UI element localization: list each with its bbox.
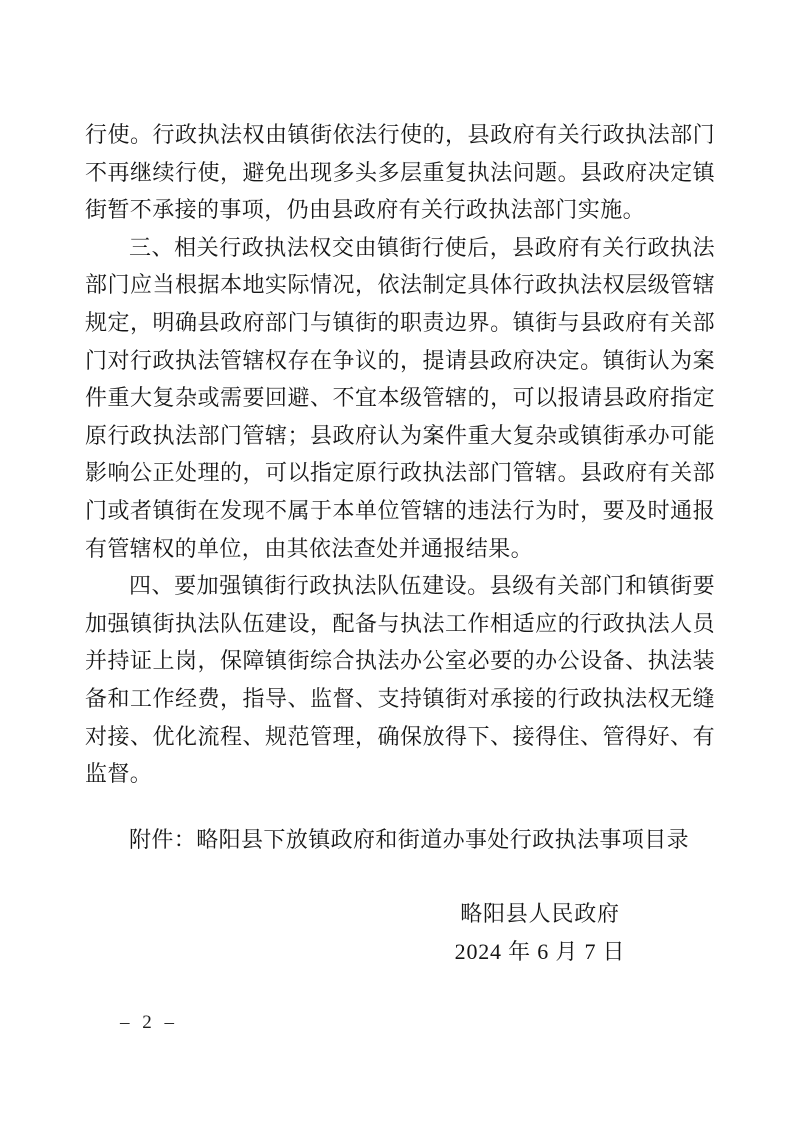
document-page: 行使。行政执法权由镇街依法行使的，县政府有关行政执法部门不再继续行使，避免出现多… [0, 0, 793, 1122]
issuer-name: 略阳县人民政府 [420, 895, 660, 933]
signature-block: 略阳县人民政府 2024 年 6 月 7 日 [420, 895, 660, 970]
page-number: – 2 – [120, 1012, 178, 1034]
body-paragraph-continuation: 行使。行政执法权由镇街依法行使的，县政府有关行政执法部门不再继续行使，避免出现多… [85, 116, 715, 229]
attachment-line: 附件：略阳县下放镇政府和街道办事处行政执法事项目录 [85, 821, 715, 859]
body-paragraph-item-4: 四、要加强镇街行政执法队伍建设。县级有关部门和镇街要加强镇街执法队伍建设，配备与… [85, 567, 715, 793]
body-paragraph-item-3: 三、相关行政执法权交由镇街行使后，县政府有关行政执法部门应当根据本地实际情况，依… [85, 229, 715, 567]
issue-date: 2024 年 6 月 7 日 [420, 933, 660, 971]
document-body: 行使。行政执法权由镇街依法行使的，县政府有关行政执法部门不再继续行使，避免出现多… [85, 116, 715, 970]
